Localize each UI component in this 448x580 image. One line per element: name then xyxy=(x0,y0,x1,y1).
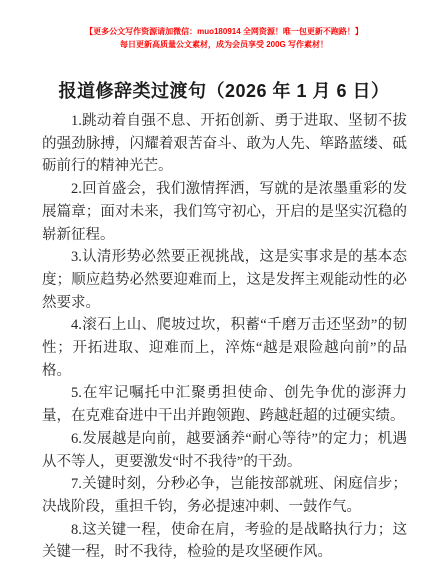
paragraph-3: 3.认清形势必然要正视挑战，这是实事求是的基本态度；顺应趋势必然要迎难而上，这是… xyxy=(42,246,407,314)
promo-notice-line2: 每日更新高质量公文素材，成为会员享受 200G 写作素材！ xyxy=(0,38,448,51)
promo-notice-line1: 【更多公文写作资源请加微信：muo180914 全网资源！唯一包更新不跑路！】 xyxy=(0,25,448,38)
document-title: 报道修辞类过渡句（2026 年 1 月 6 日） xyxy=(0,81,448,101)
paragraph-5: 5.在牢记嘱托中汇聚勇担使命、创先争优的澎湃力量，在克难奋进中干出并跑领跑、跨越… xyxy=(42,382,407,427)
paragraph-6: 6.发展越是向前，越要涵养“耐心等待”的定力；机遇从不等人，更要激发“时不我待”… xyxy=(42,428,407,473)
paragraph-2: 2.回首盛会，我们激情挥洒，写就的是浓墨重彩的发展篇章；面对未来，我们笃守初心，… xyxy=(42,178,407,246)
page-number: 1 xyxy=(0,542,448,554)
document-page: 【更多公文写作资源请加微信：muo180914 全网资源！唯一包更新不跑路！】 … xyxy=(0,0,448,580)
paragraph-4: 4.滚石上山、爬坡过坎，积蓄“千磨万击还坚劲”的韧性；开拓进取、迎难而上，淬炼“… xyxy=(42,314,407,382)
promo-notice: 【更多公文写作资源请加微信：muo180914 全网资源！唯一包更新不跑路！】 … xyxy=(0,25,448,51)
paragraph-1: 1.跳动着自强不息、开拓创新、勇于进取、坚韧不拔的强劲脉搏，闪耀着艰苦奋斗、敢为… xyxy=(42,110,407,178)
paragraph-7: 7.关键时刻，分秒必争，岂能按部就班、闲庭信步；决战阶段，重担千钧，务必提速冲刺… xyxy=(42,473,407,518)
document-body: 1.跳动着自强不息、开拓创新、勇于进取、坚韧不拔的强劲脉搏，闪耀着艰苦奋斗、敢为… xyxy=(42,110,407,564)
